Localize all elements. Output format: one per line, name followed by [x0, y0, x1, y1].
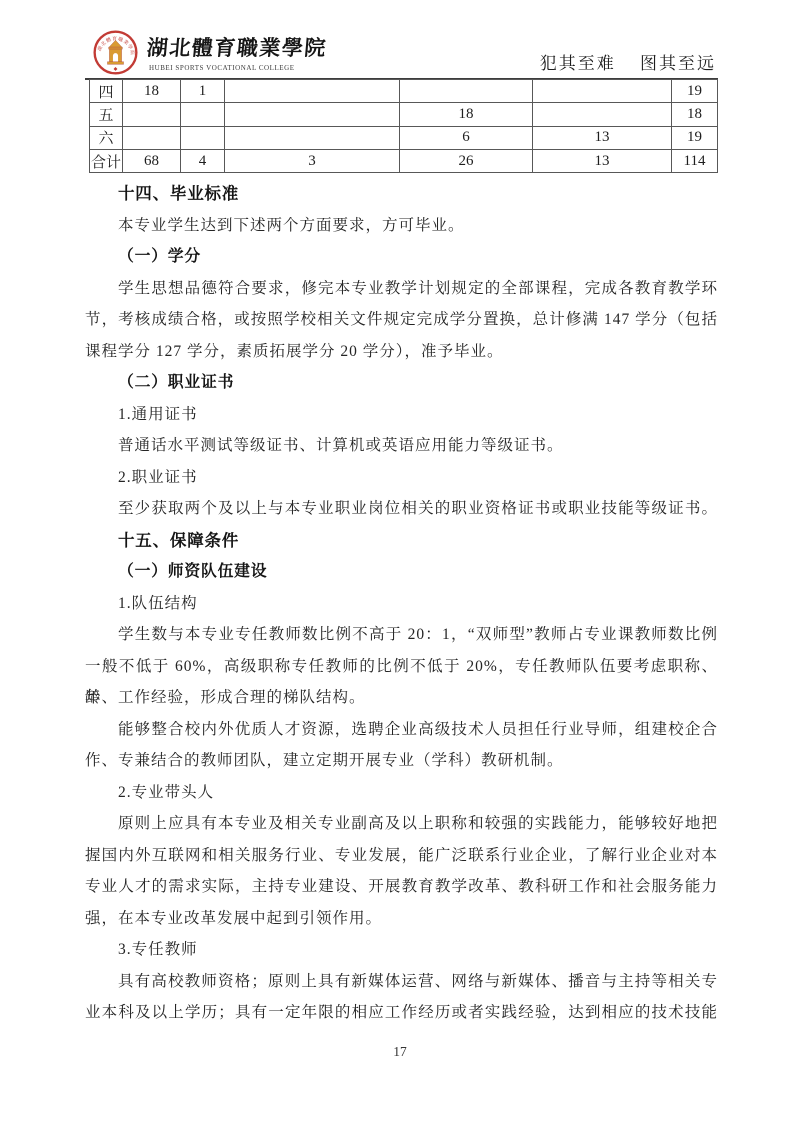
table-cell: 五	[90, 103, 123, 126]
table-cell: 六	[90, 126, 123, 149]
table-cell	[533, 80, 672, 103]
table-row: 四18119	[90, 80, 718, 103]
college-brand: 湖北體育職業學院 HUBEI SPORTS VOCATIONAL COLLEGE	[147, 32, 327, 72]
section-heading: 十四、毕业标准	[85, 178, 718, 210]
subsection-heading: （二）职业证书	[85, 367, 718, 399]
table-cell: 13	[533, 149, 672, 172]
table-cell: 18	[123, 80, 181, 103]
table-cell	[400, 80, 533, 103]
table-cell	[533, 103, 672, 126]
table-cell: 6	[400, 126, 533, 149]
text-line: 能够整合校内外优质人才资源，选聘企业高级技术人员担任行业导师，组建校企合	[85, 714, 718, 746]
table-cell	[225, 126, 400, 149]
table-cell: 68	[123, 149, 181, 172]
table-cell	[123, 126, 181, 149]
subsection-heading: （一）师资队伍建设	[85, 556, 718, 588]
text-line: 课程学分 127 学分，素质拓展学分 20 学分），准予毕业。	[85, 336, 718, 368]
text-line: 业本科及以上学历；具有一定年限的相应工作经历或者实践经验，达到相应的技术技能	[85, 997, 718, 1029]
table-cell: 3	[225, 149, 400, 172]
table-cell	[225, 80, 400, 103]
page-header: 湖北體育職業學院 湖北體育職業學院 HUBEI SPORTS VOCATIONA…	[85, 26, 718, 80]
motto-part-1: 犯其至难	[540, 54, 616, 73]
text-line: 作、专兼结合的教师团队，建立定期开展专业（学科）教研机制。	[85, 745, 718, 777]
text-line: 龄、工作经验，形成合理的梯队结构。	[85, 682, 718, 714]
document-page: 湖北體育職業學院 湖北體育職業學院 HUBEI SPORTS VOCATIONA…	[0, 0, 800, 1131]
text-line: 专业人才的需求实际，主持专业建设、开展教育教学改革、教科研工作和社会服务能力	[85, 871, 718, 903]
table-cell: 四	[90, 80, 123, 103]
text-line: 原则上应具有本专业及相关专业副高及以上职称和较强的实践能力，能够较好地把	[85, 808, 718, 840]
college-name-english: HUBEI SPORTS VOCATIONAL COLLEGE	[149, 64, 327, 72]
table-cell: 18	[400, 103, 533, 126]
table-cell: 19	[672, 80, 718, 103]
text-line: 学生数与本专业专任教师数比例不高于 20：1，“双师型”教师占专业课教师数比例	[85, 619, 718, 651]
table-cell	[123, 103, 181, 126]
table-cell: 13	[533, 126, 672, 149]
section-heading: 十五、保障条件	[85, 525, 718, 557]
college-name-chinese: 湖北體育職業學院	[146, 32, 329, 62]
table-cell: 19	[672, 126, 718, 149]
text-line: 一般不低于 60%，高级职称专任教师的比例不低于 20%，专任教师队伍要考虑职称…	[85, 651, 718, 683]
page-number: 17	[0, 1044, 800, 1060]
text-line: 握国内外互联网和相关服务行业、专业发展，能广泛联系行业企业，了解行业企业对本	[85, 840, 718, 872]
table-cell: 26	[400, 149, 533, 172]
subsection-heading: （一）学分	[85, 241, 718, 273]
table-body: 四18119五1818六61319合计68432613114	[90, 80, 718, 173]
table-row: 六61319	[90, 126, 718, 149]
table-cell: 18	[672, 103, 718, 126]
text-line: 1.队伍结构	[85, 588, 718, 620]
text-line: 2.职业证书	[85, 462, 718, 494]
table-row: 合计68432613114	[90, 149, 718, 172]
semester-credit-table: 四18119五1818六61319合计68432613114	[89, 79, 718, 173]
text-line: 强，在本专业改革发展中起到引领作用。	[85, 903, 718, 935]
text-line: 1.通用证书	[85, 399, 718, 431]
text-line: 3.专任教师	[85, 934, 718, 966]
text-line: 至少获取两个及以上与本专业职业岗位相关的职业资格证书或职业技能等级证书。	[85, 493, 718, 525]
text-line: 2.专业带头人	[85, 777, 718, 809]
text-line: 本专业学生达到下述两个方面要求，方可毕业。	[85, 210, 718, 242]
table-cell: 4	[181, 149, 225, 172]
college-logo-seal: 湖北體育職業學院	[92, 29, 139, 76]
table-cell	[181, 103, 225, 126]
table-cell: 合计	[90, 149, 123, 172]
table-cell: 114	[672, 149, 718, 172]
text-line: 节，考核成绩合格，或按照学校相关文件规定完成学分置换，总计修满 147 学分（包…	[85, 304, 718, 336]
text-line: 学生思想品德符合要求，修完本专业教学计划规定的全部课程，完成各教育教学环	[85, 273, 718, 305]
text-line: 具有高校教师资格；原则上具有新媒体运营、网络与新媒体、播音与主持等相关专	[85, 966, 718, 998]
table-row: 五1818	[90, 103, 718, 126]
table-cell	[225, 103, 400, 126]
table-cell: 1	[181, 80, 225, 103]
header-motto: 犯其至难 图其至远	[540, 49, 716, 74]
text-line: 普通话水平测试等级证书、计算机或英语应用能力等级证书。	[85, 430, 718, 462]
table-cell	[181, 126, 225, 149]
motto-part-2: 图其至远	[640, 54, 716, 73]
document-body: 十四、毕业标准本专业学生达到下述两个方面要求，方可毕业。（一）学分学生思想品德符…	[85, 178, 718, 1029]
